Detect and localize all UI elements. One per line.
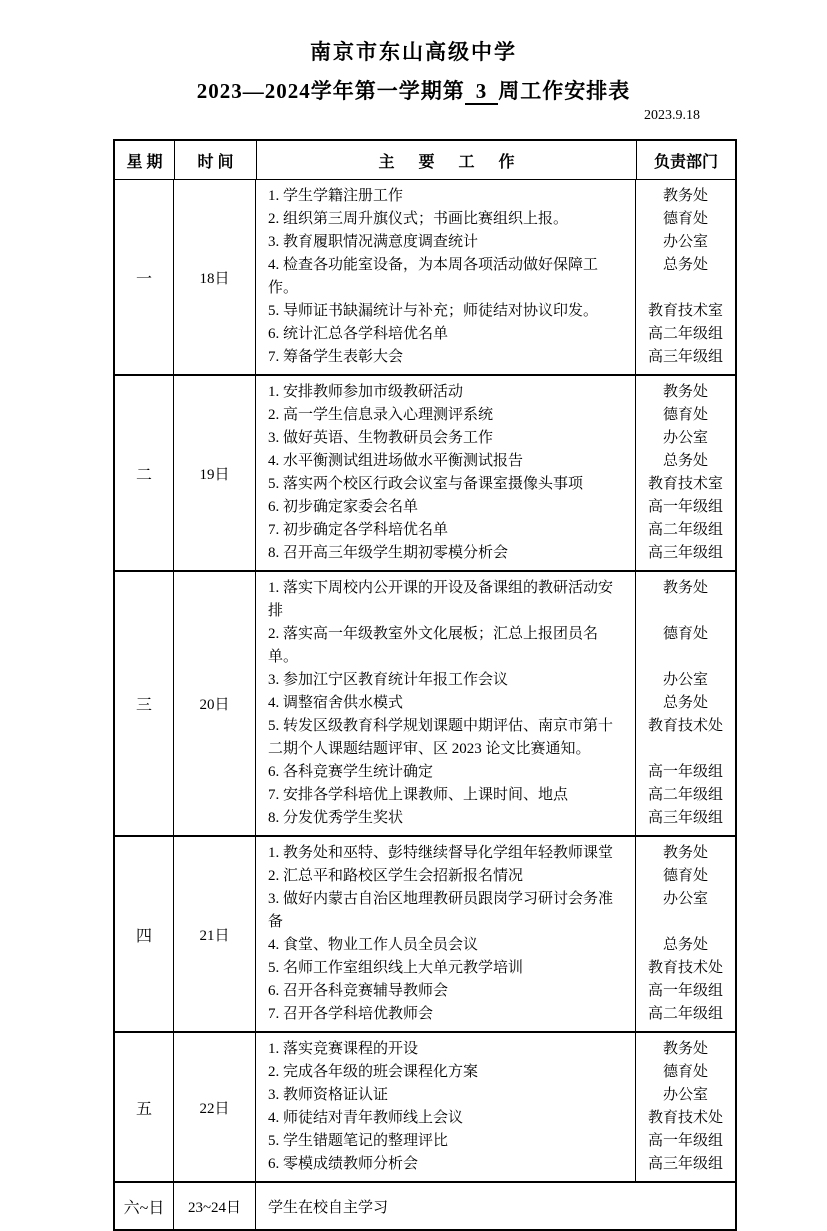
task-text: 6. 零模成绩教师分析会 bbox=[256, 1153, 636, 1176]
task-dept: 办公室 bbox=[636, 427, 735, 450]
school-title: 南京市东山高级中学 bbox=[0, 36, 827, 66]
task-text: 4. 检查各功能室设备，为本周各项活动做好保障工作。 bbox=[256, 254, 636, 300]
day-row: 三20日1. 落实下周校内公开课的开设及备课组的教研活动安排教务处2. 落实高一… bbox=[115, 572, 735, 837]
task-item: 4. 调整宿舍供水模式总务处 bbox=[256, 692, 735, 715]
day-cell: 一 bbox=[115, 180, 174, 374]
task-item: 6. 各科竞赛学生统计确定高一年级组 bbox=[256, 761, 735, 784]
time-cell: 23~24日 bbox=[174, 1183, 256, 1229]
header-dept: 负责部门 bbox=[636, 141, 735, 179]
task-text: 5. 导师证书缺漏统计与补充；师徒结对协议印发。 bbox=[256, 300, 636, 323]
task-item: 1. 落实竞赛课程的开设教务处 bbox=[256, 1038, 735, 1061]
task-text: 6. 各科竞赛学生统计确定 bbox=[256, 761, 636, 784]
task-text: 6. 统计汇总各学科培优名单 bbox=[256, 323, 636, 346]
time-cell: 19日 bbox=[174, 376, 256, 570]
day-cell: 四 bbox=[115, 837, 174, 1031]
task-dept: 教育技术处 bbox=[636, 715, 735, 738]
task-dept: 德育处 bbox=[636, 623, 735, 646]
task-text: 2. 完成各年级的班会课程化方案 bbox=[256, 1061, 636, 1084]
task-text: 3. 教育履职情况满意度调查统计 bbox=[256, 231, 636, 254]
task-dept: 高二年级组 bbox=[636, 519, 735, 542]
task-item: 3. 做好英语、生物教研员会务工作办公室 bbox=[256, 427, 735, 450]
task-list: 1. 教务处和巫特、彭特继续督导化学组年轻教师课堂教务处2. 汇总平和路校区学生… bbox=[256, 837, 735, 1031]
task-text: 5. 名师工作室组织线上大单元教学培训 bbox=[256, 957, 636, 980]
task-item: 3. 教育履职情况满意度调查统计办公室 bbox=[256, 231, 735, 254]
task-text: 7. 召开各学科培优教师会 bbox=[256, 1003, 636, 1026]
task-item: 5. 导师证书缺漏统计与补充；师徒结对协议印发。教育技术室 bbox=[256, 300, 735, 323]
task-dept: 办公室 bbox=[636, 669, 735, 692]
task-item: 5. 学生错题笔记的整理评比高一年级组 bbox=[256, 1130, 735, 1153]
task-text: 2. 落实高一年级教室外文化展板；汇总上报团员名单。 bbox=[256, 623, 636, 669]
task-text: 2. 组织第三周升旗仪式；书画比赛组织上报。 bbox=[256, 208, 636, 231]
header-time: 时 间 bbox=[174, 141, 256, 179]
task-dept: 办公室 bbox=[636, 231, 735, 254]
task-item: 5. 落实两个校区行政会议室与备课室摄像头事项教育技术室 bbox=[256, 473, 735, 496]
task-item: 1. 落实下周校内公开课的开设及备课组的教研活动安排教务处 bbox=[256, 577, 735, 623]
task-list: 1. 学生学籍注册工作教务处2. 组织第三周升旗仪式；书画比赛组织上报。德育处3… bbox=[256, 180, 735, 374]
merged-task-text: 学生在校自主学习 bbox=[256, 1183, 735, 1229]
task-text: 5. 落实两个校区行政会议室与备课室摄像头事项 bbox=[256, 473, 636, 496]
task-item: 5. 名师工作室组织线上大单元教学培训教育技术处 bbox=[256, 957, 735, 980]
task-text: 4. 师徒结对青年教师线上会议 bbox=[256, 1107, 636, 1130]
task-dept: 教务处 bbox=[636, 577, 735, 600]
task-dept: 德育处 bbox=[636, 404, 735, 427]
task-dept: 高一年级组 bbox=[636, 1130, 735, 1153]
task-dept: 高一年级组 bbox=[636, 496, 735, 519]
task-text: 6. 召开各科竞赛辅导教师会 bbox=[256, 980, 636, 1003]
day-cell: 六~日 bbox=[115, 1183, 174, 1229]
task-dept: 总务处 bbox=[636, 450, 735, 473]
task-text: 5. 转发区级教育科学规划课题中期评估、南京市第十二期个人课题结题评审、区 20… bbox=[256, 715, 636, 761]
task-dept: 办公室 bbox=[636, 888, 735, 911]
column-divider bbox=[635, 572, 636, 835]
task-dept: 高二年级组 bbox=[636, 1003, 735, 1026]
task-item: 1. 教务处和巫特、彭特继续督导化学组年轻教师课堂教务处 bbox=[256, 842, 735, 865]
task-dept: 教务处 bbox=[636, 842, 735, 865]
task-text: 7. 初步确定各学科培优名单 bbox=[256, 519, 636, 542]
document-header: 南京市东山高级中学 2023—2024学年第一学期第3周工作安排表 2023.9… bbox=[0, 0, 827, 124]
task-text: 5. 学生错题笔记的整理评比 bbox=[256, 1130, 636, 1153]
task-item: 2. 高一学生信息录入心理测评系统德育处 bbox=[256, 404, 735, 427]
task-item: 2. 组织第三周升旗仪式；书画比赛组织上报。德育处 bbox=[256, 208, 735, 231]
task-dept: 教务处 bbox=[636, 185, 735, 208]
task-text: 8. 召开高三年级学生期初零模分析会 bbox=[256, 542, 636, 565]
task-item: 8. 召开高三年级学生期初零模分析会高三年级组 bbox=[256, 542, 735, 565]
task-item: 4. 师徒结对青年教师线上会议教育技术处 bbox=[256, 1107, 735, 1130]
title-suffix: 周工作安排表 bbox=[498, 79, 630, 103]
task-text: 7. 筹备学生表彰大会 bbox=[256, 346, 636, 369]
task-dept: 总务处 bbox=[636, 692, 735, 715]
task-item: 2. 汇总平和路校区学生会招新报名情况德育处 bbox=[256, 865, 735, 888]
task-dept: 德育处 bbox=[636, 208, 735, 231]
task-text: 6. 初步确定家委会名单 bbox=[256, 496, 636, 519]
task-dept: 高一年级组 bbox=[636, 980, 735, 1003]
task-dept: 总务处 bbox=[636, 254, 735, 277]
task-text: 4. 调整宿舍供水模式 bbox=[256, 692, 636, 715]
task-item: 3. 参加江宁区教育统计年报工作会议办公室 bbox=[256, 669, 735, 692]
time-cell: 21日 bbox=[174, 837, 256, 1031]
column-divider bbox=[635, 180, 636, 374]
task-dept: 教育技术处 bbox=[636, 957, 735, 980]
task-dept: 教育技术室 bbox=[636, 300, 735, 323]
time-cell: 20日 bbox=[174, 572, 256, 835]
task-dept: 高二年级组 bbox=[636, 323, 735, 346]
task-list: 1. 落实竞赛课程的开设教务处2. 完成各年级的班会课程化方案德育处3. 教师资… bbox=[256, 1033, 735, 1181]
day-row: 五22日1. 落实竞赛课程的开设教务处2. 完成各年级的班会课程化方案德育处3.… bbox=[115, 1033, 735, 1183]
day-cell: 三 bbox=[115, 572, 174, 835]
schedule-table: 星 期 时 间 主 要 工 作 负责部门 一18日1. 学生学籍注册工作教务处2… bbox=[113, 139, 737, 1231]
document-date: 2023.9.18 bbox=[0, 108, 827, 124]
task-item: 3. 教师资格证认证办公室 bbox=[256, 1084, 735, 1107]
task-list: 1. 落实下周校内公开课的开设及备课组的教研活动安排教务处2. 落实高一年级教室… bbox=[256, 572, 735, 835]
task-dept: 教育技术处 bbox=[636, 1107, 735, 1130]
day-cell: 二 bbox=[115, 376, 174, 570]
column-divider bbox=[635, 1033, 636, 1181]
day-row: 四21日1. 教务处和巫特、彭特继续督导化学组年轻教师课堂教务处2. 汇总平和路… bbox=[115, 837, 735, 1033]
task-dept: 高二年级组 bbox=[636, 784, 735, 807]
task-item: 7. 筹备学生表彰大会高三年级组 bbox=[256, 346, 735, 369]
task-item: 2. 完成各年级的班会课程化方案德育处 bbox=[256, 1061, 735, 1084]
task-dept: 办公室 bbox=[636, 1084, 735, 1107]
task-text: 1. 学生学籍注册工作 bbox=[256, 185, 636, 208]
task-dept: 总务处 bbox=[636, 934, 735, 957]
task-text: 1. 落实竞赛课程的开设 bbox=[256, 1038, 636, 1061]
title-prefix: 2023—2024学年第一学期第 bbox=[197, 79, 465, 103]
task-text: 1. 教务处和巫特、彭特继续督导化学组年轻教师课堂 bbox=[256, 842, 636, 865]
task-text: 3. 参加江宁区教育统计年报工作会议 bbox=[256, 669, 636, 692]
task-dept: 教育技术室 bbox=[636, 473, 735, 496]
task-dept: 高三年级组 bbox=[636, 346, 735, 369]
task-text: 7. 安排各学科培优上课教师、上课时间、地点 bbox=[256, 784, 636, 807]
task-item: 6. 统计汇总各学科培优名单高二年级组 bbox=[256, 323, 735, 346]
task-item: 5. 转发区级教育科学规划课题中期评估、南京市第十二期个人课题结题评审、区 20… bbox=[256, 715, 735, 761]
task-text: 2. 高一学生信息录入心理测评系统 bbox=[256, 404, 636, 427]
day-cell: 五 bbox=[115, 1033, 174, 1181]
task-item: 8. 分发优秀学生奖状高三年级组 bbox=[256, 807, 735, 830]
task-item: 6. 召开各科竞赛辅导教师会高一年级组 bbox=[256, 980, 735, 1003]
task-text: 3. 教师资格证认证 bbox=[256, 1084, 636, 1107]
day-row: 二19日1. 安排教师参加市级教研活动教务处2. 高一学生信息录入心理测评系统德… bbox=[115, 376, 735, 572]
weekend-row: 六~日23~24日学生在校自主学习 bbox=[115, 1183, 735, 1229]
task-item: 6. 零模成绩教师分析会高三年级组 bbox=[256, 1153, 735, 1176]
time-cell: 22日 bbox=[174, 1033, 256, 1181]
task-text: 4. 食堂、物业工作人员全员会议 bbox=[256, 934, 636, 957]
task-item: 7. 召开各学科培优教师会高二年级组 bbox=[256, 1003, 735, 1026]
task-text: 2. 汇总平和路校区学生会招新报名情况 bbox=[256, 865, 636, 888]
document-title: 2023—2024学年第一学期第3周工作安排表 bbox=[0, 75, 827, 105]
task-dept: 教务处 bbox=[636, 381, 735, 404]
task-item: 3. 做好内蒙古自治区地理教研员跟岗学习研讨会务准备办公室 bbox=[256, 888, 735, 934]
task-item: 7. 安排各学科培优上课教师、上课时间、地点高二年级组 bbox=[256, 784, 735, 807]
task-item: 6. 初步确定家委会名单高一年级组 bbox=[256, 496, 735, 519]
task-dept: 高三年级组 bbox=[636, 1153, 735, 1176]
table-body: 一18日1. 学生学籍注册工作教务处2. 组织第三周升旗仪式；书画比赛组织上报。… bbox=[115, 180, 735, 1229]
task-item: 1. 安排教师参加市级教研活动教务处 bbox=[256, 381, 735, 404]
task-dept: 高三年级组 bbox=[636, 542, 735, 565]
column-divider bbox=[635, 837, 636, 1031]
task-text: 1. 安排教师参加市级教研活动 bbox=[256, 381, 636, 404]
table-header-row: 星 期 时 间 主 要 工 作 负责部门 bbox=[115, 141, 735, 180]
task-text: 4. 水平衡测试组进场做水平衡测试报告 bbox=[256, 450, 636, 473]
task-dept: 德育处 bbox=[636, 865, 735, 888]
task-item: 1. 学生学籍注册工作教务处 bbox=[256, 185, 735, 208]
task-item: 2. 落实高一年级教室外文化展板；汇总上报团员名单。德育处 bbox=[256, 623, 735, 669]
task-text: 8. 分发优秀学生奖状 bbox=[256, 807, 636, 830]
task-dept: 高三年级组 bbox=[636, 807, 735, 830]
task-text: 1. 落实下周校内公开课的开设及备课组的教研活动安排 bbox=[256, 577, 636, 623]
time-cell: 18日 bbox=[174, 180, 256, 374]
task-item: 4. 水平衡测试组进场做水平衡测试报告总务处 bbox=[256, 450, 735, 473]
day-row: 一18日1. 学生学籍注册工作教务处2. 组织第三周升旗仪式；书画比赛组织上报。… bbox=[115, 180, 735, 376]
task-text: 3. 做好英语、生物教研员会务工作 bbox=[256, 427, 636, 450]
task-dept: 德育处 bbox=[636, 1061, 735, 1084]
task-list: 1. 安排教师参加市级教研活动教务处2. 高一学生信息录入心理测评系统德育处3.… bbox=[256, 376, 735, 570]
task-item: 4. 食堂、物业工作人员全员会议总务处 bbox=[256, 934, 735, 957]
column-divider bbox=[635, 376, 636, 570]
task-dept: 高一年级组 bbox=[636, 761, 735, 784]
header-work: 主 要 工 作 bbox=[256, 141, 636, 179]
task-item: 4. 检查各功能室设备，为本周各项活动做好保障工作。总务处 bbox=[256, 254, 735, 300]
task-text: 3. 做好内蒙古自治区地理教研员跟岗学习研讨会务准备 bbox=[256, 888, 636, 934]
task-dept: 教务处 bbox=[636, 1038, 735, 1061]
week-number: 3 bbox=[465, 79, 499, 105]
header-day: 星 期 bbox=[115, 141, 174, 179]
task-item: 7. 初步确定各学科培优名单高二年级组 bbox=[256, 519, 735, 542]
